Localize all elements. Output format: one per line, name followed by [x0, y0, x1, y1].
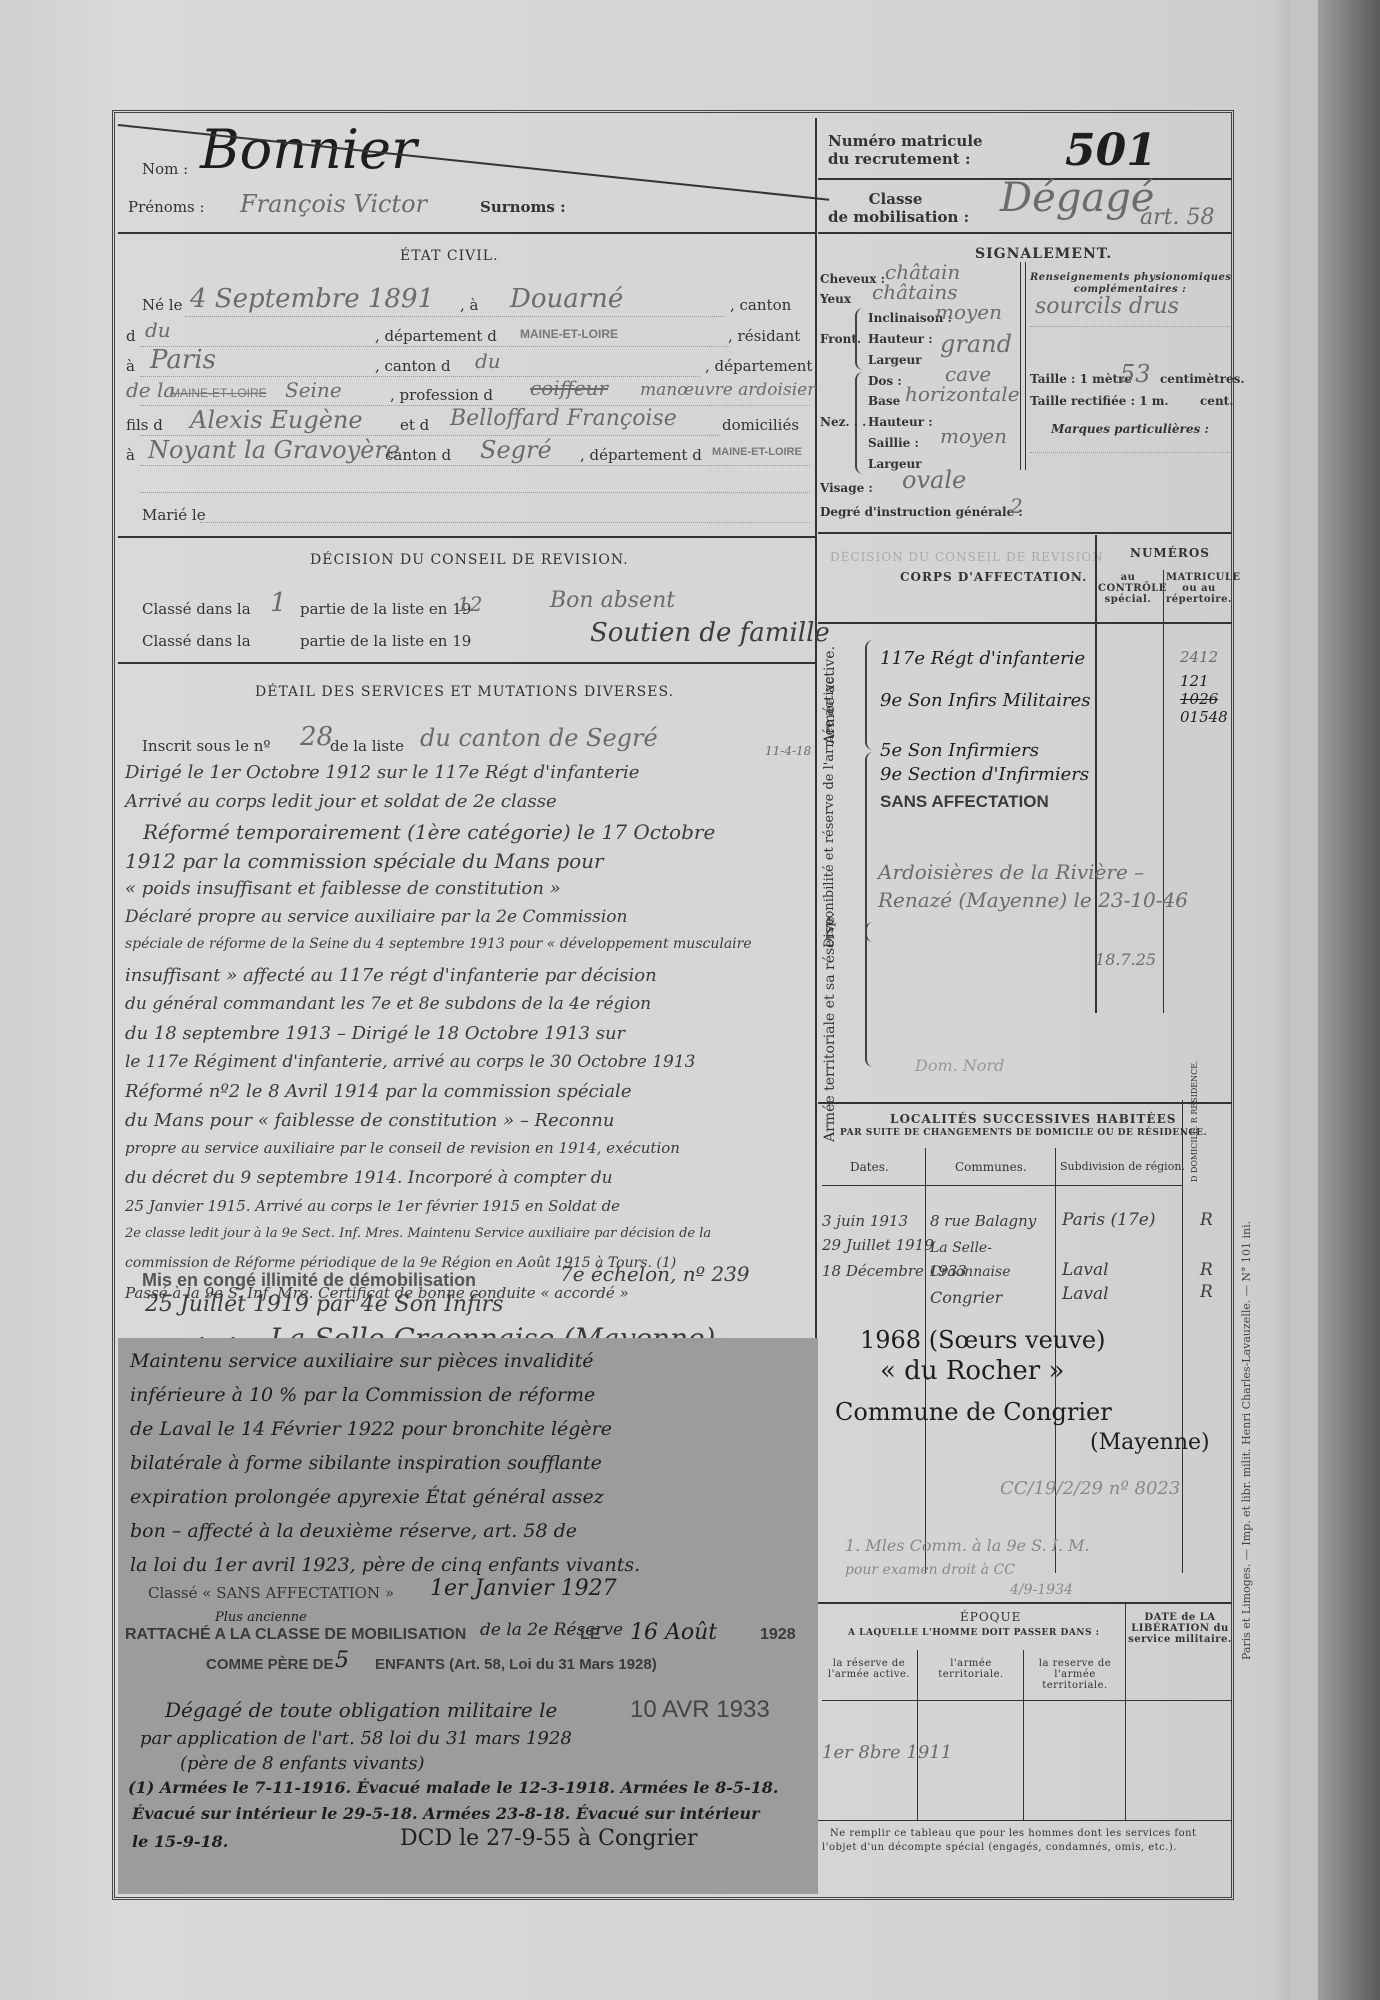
rattache-stamp: RATTACHÉ A LA CLASSE DE MOBILISATION — [125, 1626, 466, 1644]
inscrit-value: 28 — [300, 722, 333, 752]
page-edge — [1290, 0, 1318, 2000]
renseignements-value: sourcils drus — [1035, 294, 1179, 319]
service-line: Déclaré propre au service auxiliaire par… — [125, 907, 815, 936]
canton-d2-value: Segré — [480, 436, 552, 464]
nez-label: Nez. . . — [820, 415, 866, 429]
rattache-date: 16 Août — [630, 1620, 717, 1645]
saillie-label: Saillie : — [868, 436, 919, 450]
localites-subtitle: PAR SUITE DE CHANGEMENTS DE DOMICILE OU … — [840, 1128, 1207, 1138]
canton-d-label: , canton d — [375, 357, 451, 375]
service-line: du Mans pour « faiblesse de constitution… — [125, 1110, 815, 1139]
localite-date-2: 29 Juillet 1919 — [822, 1236, 934, 1254]
degage-line-3: (père de 8 enfants vivants) — [180, 1753, 425, 1774]
ne-le-label: Né le — [142, 296, 182, 314]
classe-note: art. 58 — [1140, 205, 1214, 230]
annex-line: de Laval le 14 Février 1922 pour bronchi… — [130, 1418, 810, 1452]
service-line: propre au service auxiliaire par le cons… — [125, 1139, 815, 1168]
canton-d-value: du — [475, 349, 501, 373]
book-edge — [1318, 0, 1380, 2000]
service-line: Réformé nº2 le 8 Avril 1914 par la commi… — [125, 1081, 815, 1110]
localites-divider — [818, 1602, 1232, 1604]
service-line: Arrivé au corps ledit jour et soldat de … — [125, 791, 815, 820]
departement2-prefix: de la — [126, 378, 175, 402]
largeur-label: Largeur — [868, 353, 922, 367]
disponibilite-note: Ardoisières de la Rivière – Renazé (Maye… — [878, 858, 1208, 914]
service-line: le 117e Régiment d'infanterie, arrivé au… — [125, 1052, 815, 1081]
du-prefix: d — [126, 327, 136, 345]
matricule-label-1: Numéro matricule — [828, 132, 963, 150]
service-line: « poids insuffisant et faiblesse de cons… — [125, 878, 815, 907]
taille-unit: centimètres. — [1160, 372, 1245, 386]
domicile-value: Noyant la Gravoyère — [148, 436, 400, 464]
service-line: du général commandant les 7e et 8e subdo… — [125, 994, 815, 1023]
localite-subdivision-1: Paris (17e) — [1062, 1210, 1155, 1230]
service-line: 25 Janvier 1915. Arrivé au corps le 1er … — [125, 1197, 815, 1226]
a-value: Douarné — [510, 284, 623, 314]
departement3-stamp: MAINE-ET-LOIRE — [712, 446, 802, 458]
classe-divider — [818, 232, 1232, 234]
classe-value: Dégagé — [1000, 175, 1154, 221]
service-line: du 18 septembre 1913 – Dirigé le 18 Octo… — [125, 1023, 815, 1052]
ne-le-value: 4 Septembre 1891 — [190, 284, 434, 314]
a-label: , à — [460, 296, 478, 314]
dos-label: Dos : — [868, 374, 902, 388]
du-value: du — [145, 318, 171, 342]
epoque-subtitle: A LAQUELLE L'HOMME DOIT PASSER DANS : — [848, 1628, 1100, 1638]
epoque-divider — [818, 1820, 1232, 1821]
localites-header-divider — [822, 1185, 1182, 1186]
row1-value-b: 12 — [457, 592, 482, 616]
visage-label: Visage : — [820, 481, 873, 495]
disponibilite-row-2: 9e Section d'Infirmiers — [880, 764, 1089, 785]
dcd-line: DCD le 27-9-55 à Congrier — [400, 1826, 698, 1851]
corps-faded-title: DÉCISION DU CONSEIL DE REVISION — [830, 550, 1104, 564]
degage-line-2: par application de l'art. 58 loi du 31 m… — [140, 1728, 572, 1749]
armee-active-brace — [865, 640, 875, 750]
numero-2: 121 — [1180, 672, 1209, 690]
armees-line-1: (1) Armées le 7-11-1916. Évacué malade l… — [128, 1778, 779, 1797]
footnote-1: Ne remplir ce tableau que pour les homme… — [830, 1828, 1197, 1839]
matricule-value: 501 — [1065, 125, 1157, 176]
corps-divider — [818, 1102, 1232, 1104]
numeros-title: NUMÉROS — [1130, 546, 1210, 560]
sans-affectation: SANS AFFECTATION — [880, 792, 1049, 812]
col-dates: Dates. — [850, 1160, 889, 1174]
prenoms-value: François Victor — [240, 190, 427, 218]
service-line: Dirigé le 1er Octobre 1912 sur le 117e R… — [125, 762, 815, 791]
pere-stamp-a: COMME PÈRE DE — [206, 1656, 334, 1673]
localite-commune-1: 8 rue Balagny — [930, 1212, 1036, 1230]
classe-label-2: de mobilisation : — [828, 208, 963, 226]
dotted-line — [140, 465, 810, 466]
services-title: DÉTAIL DES SERVICES ET MUTATIONS DIVERSE… — [255, 684, 674, 700]
row1-value-a: 1 — [270, 588, 287, 618]
signalement-inner-divider — [1020, 262, 1026, 470]
row1-note: Bon absent — [550, 588, 675, 613]
pere-value: 5 — [335, 1648, 349, 1673]
footnote-2: l'objet d'un décompte spécial (engagés, … — [822, 1842, 1177, 1853]
dotted-line — [200, 522, 810, 523]
dotted-line — [1030, 452, 1230, 453]
localite-subdivision-3: Laval — [1062, 1284, 1109, 1304]
localite-dr-3: R — [1200, 1282, 1213, 1302]
col-date: DATE de LA LIBÉRATION du service militai… — [1128, 1612, 1232, 1645]
armees-line-2: Évacué sur intérieur le 29-5-18. Armées … — [132, 1804, 760, 1823]
departement-stamp: MAINE-ET-LOIRE — [520, 327, 618, 341]
instruction-label: Degré d'instruction générale : — [820, 505, 1023, 519]
marie-label: Marié le — [142, 506, 206, 524]
annex-line: inférieure à 10 % par la Commission de r… — [130, 1384, 810, 1418]
a2-label: à — [126, 446, 135, 464]
epoque-date-divider — [1125, 1604, 1126, 1820]
localite-subdivision-2: Laval — [1062, 1260, 1109, 1280]
rattache-value: de la 2e Réserve — [480, 1620, 623, 1640]
register-page: Nom : Bonnier Prénoms : François Victor … — [0, 0, 1380, 2000]
annex-line: bilatérale à forme sibilante inspiration… — [130, 1452, 810, 1486]
col-communes: Communes. — [955, 1160, 1027, 1174]
col-controle: au CONTRÔLE spécial. — [1098, 572, 1158, 605]
address-4: (Mayenne) — [1090, 1430, 1210, 1455]
numeros-divider — [1095, 535, 1097, 1013]
conge-stamp: Mis en congé illimité de démobilisation — [142, 1270, 476, 1291]
nez-hauteur-label: Hauteur : — [868, 415, 933, 429]
nom-label: Nom : — [142, 160, 188, 178]
etat-civil-divider — [118, 536, 815, 538]
conge-date: 25 Juillet 1919 par 4e Son Infirs — [145, 1292, 503, 1317]
col-3: la reserve de l'armée territoriale. — [1026, 1658, 1124, 1691]
services-lines: Dirigé le 1er Octobre 1912 sur le 117e R… — [125, 762, 815, 1313]
disponibilite-brace — [865, 752, 875, 942]
numero-4: 01548 — [1180, 708, 1228, 726]
pere-stamp-b: ENFANTS (Art. 58, Loi du 31 Mars 1928) — [375, 1656, 657, 1673]
epoque-header-divider — [822, 1700, 1232, 1701]
numero-3: 1026 — [1180, 690, 1218, 708]
front-brace — [855, 308, 865, 370]
prenoms-label: Prénoms : — [128, 198, 205, 216]
localite-commune-3: Congrier — [930, 1288, 1002, 1307]
service-line: Réformé temporairement (1ère catégorie) … — [125, 820, 815, 849]
profession-struck: coiffeur — [530, 376, 608, 400]
marques-label: Marques particulières : — [1030, 422, 1230, 436]
matricule-label-2: du recrutement : — [828, 150, 963, 168]
taille-rectifiee-unit: cent. — [1200, 394, 1233, 408]
epoque-title: ÉPOQUE — [960, 1610, 1021, 1624]
profession-label: , profession d — [390, 386, 493, 404]
col-subdivision: Subdivision de région. — [1060, 1160, 1185, 1173]
row1-label-a: Classé dans la — [142, 600, 251, 618]
col-1: la réserve de l'armée active. — [822, 1658, 916, 1680]
localite-date-1: 3 juin 1913 — [822, 1212, 908, 1230]
dotted-line — [140, 346, 730, 347]
domicilies-label: domiciliés — [722, 416, 799, 434]
departement2-value: Seine — [285, 378, 342, 402]
annex-line: bon – affecté à la deuxième réserve, art… — [130, 1520, 810, 1554]
classe-stamp: Classé « SANS AFFECTATION » — [148, 1584, 394, 1602]
localite-dr-1: R — [1200, 1210, 1213, 1230]
taille-label: Taille : 1 mètre — [1030, 372, 1132, 386]
nom-value: Bonnier — [200, 118, 417, 181]
dotted-line — [1030, 326, 1230, 327]
service-line: insuffisant » affecté au 117e régt d'inf… — [125, 965, 815, 994]
localite-date-3: 18 Décembre 1933 — [822, 1262, 967, 1280]
dotted-line — [140, 376, 700, 377]
signalement-divider — [818, 532, 1232, 534]
service-line: du décret du 9 septembre 1914. Incorporé… — [125, 1168, 815, 1197]
visage-value: ovale — [902, 466, 966, 494]
canton-label: , canton — [730, 296, 791, 314]
armee-active-row-2: 9e Son Infirs Militaires — [880, 690, 1091, 711]
printer-credit: Paris et Limoges. — Imp. et libr. milit.… — [1240, 1100, 1253, 1660]
epoque-col-2 — [1023, 1650, 1024, 1820]
liste-label: de la liste — [330, 737, 404, 755]
inclinaison-value: moyen — [935, 300, 1002, 324]
degage-stamp: 10 AVR 1933 — [630, 1696, 770, 1724]
dotted-line — [185, 316, 725, 317]
address-3: Commune de Congrier — [835, 1398, 1112, 1426]
et-label: et d — [400, 416, 429, 434]
service-line: spéciale de réforme de la Seine du 4 sep… — [125, 936, 815, 965]
conseil-title: DÉCISION DU CONSEIL DE REVISION. — [310, 552, 629, 568]
a-prefix: à — [126, 357, 135, 375]
service-line: 1912 par la commission spéciale du Mans … — [125, 849, 815, 878]
armee-active-row-1: 117e Régt d'infanterie — [880, 648, 1085, 669]
residant-label: , résidant — [728, 327, 800, 345]
territoriale-numero: 18.7.25 — [1095, 950, 1156, 969]
address-1: 1968 (Sœurs veuve) — [860, 1326, 1105, 1354]
departement2-stamp: MAINE-ET-LOIRE — [170, 386, 267, 400]
col-2: l'armée territoriale. — [920, 1658, 1022, 1680]
pere-value: Alexis Eugène — [190, 406, 363, 434]
taille-rectifiee-label: Taille rectifiée : 1 m. — [1030, 394, 1169, 408]
signalement-title: SIGNALEMENT. — [975, 246, 1112, 262]
misc-note-3: 4/9-1934 — [1010, 1582, 1073, 1598]
annex-line: expiration prolongée apyrexie État génér… — [130, 1486, 810, 1520]
conseil-divider — [118, 662, 815, 664]
degage-line-1: Dégagé de toute obligation militaire le — [165, 1698, 557, 1722]
numero-1: 2412 — [1180, 648, 1218, 666]
departement3-label: , département d — [580, 446, 702, 464]
territoriale-label: Armée territoriale et sa réserve. — [822, 952, 838, 1142]
territoriale-brace — [865, 922, 875, 1067]
misc-note-1: 1. Mles Comm. à la 9e S. I. M. — [845, 1536, 1090, 1555]
canton-d2-label: canton d — [385, 446, 451, 464]
classe-label-1: Classe — [828, 190, 963, 208]
yeux-label: Yeux — [820, 292, 851, 306]
residant-value: Paris — [150, 345, 216, 375]
base-value: horizontale — [905, 382, 1020, 406]
classe-date: 1er Janvier 1927 — [430, 1576, 617, 1601]
localite-dr-2: R — [1200, 1260, 1213, 1280]
col-dr: D DOMICILE. R RÉSIDENCE. — [1190, 1112, 1199, 1182]
col-matricule: MATRICULE ou au répertoire. — [1166, 572, 1232, 605]
row2-label-b: partie de la liste en 19 — [300, 632, 471, 650]
instruction-value: 2 — [1010, 494, 1023, 518]
header-divider — [118, 232, 815, 234]
address-2: « du Rocher » — [880, 1356, 1064, 1386]
armees-line-3: le 15-9-18. — [132, 1832, 228, 1851]
renseignements-label-1: Renseignements physionomiques — [1030, 272, 1230, 283]
base-label: Base — [868, 394, 900, 408]
localites-title: LOCALITÉS SUCCESSIVES HABITÉES — [890, 1112, 1176, 1126]
inscrit-label: Inscrit sous le nº — [142, 737, 270, 755]
departement2-label: , département — [705, 357, 812, 375]
service-line: 2e classe ledit jour à la 9e Sect. Inf. … — [125, 1226, 815, 1255]
corps-header-divider — [818, 622, 1232, 624]
conge-echelon: 7e échelon, nº 239 — [560, 1262, 750, 1286]
departement-label: , département d — [375, 327, 497, 345]
row2-note: Soutien de famille — [590, 618, 830, 648]
numeros-inner-divider — [1163, 570, 1164, 1013]
taille-value: 53 — [1120, 360, 1151, 388]
liste-value: du canton de Segré — [420, 724, 658, 752]
fils-label: fils d — [126, 416, 163, 434]
territoriale-note: Dom. Nord — [915, 1056, 1004, 1075]
rattache-year: 1928 — [760, 1626, 796, 1644]
etat-civil-title: ÉTAT CIVIL. — [400, 248, 499, 264]
profession-value: manœuvre ardoisier — [640, 380, 815, 400]
front-value: grand — [940, 330, 1012, 358]
mere-value: Belloffard Françoise — [450, 406, 677, 431]
rattache-note: Plus ancienne — [215, 1610, 307, 1625]
annex-line: Maintenu service auxiliaire sur pièces i… — [130, 1350, 810, 1384]
misc-note-2: pour examen droit à CC — [845, 1562, 1015, 1578]
epoque-col-1 — [917, 1650, 918, 1820]
saillie-value: moyen — [940, 424, 1007, 448]
corps-title: CORPS D'AFFECTATION. — [900, 570, 1087, 584]
rattache-le: LE — [580, 1626, 600, 1644]
surnoms-label: Surnoms : — [480, 198, 566, 216]
annex-lines: Maintenu service auxiliaire sur pièces i… — [130, 1350, 810, 1588]
hauteur-label: Hauteur : — [868, 332, 933, 346]
row1-label-b: partie de la liste en 19 — [300, 600, 471, 618]
row2-label-a: Classé dans la — [142, 632, 251, 650]
epoque-value-1: 1er 8bre 1911 — [822, 1742, 952, 1763]
dotted-line — [140, 492, 810, 493]
cc-note: CC/19/2/29 nº 8023 — [1000, 1478, 1180, 1499]
disponibilite-row-1: 5e Son Infirmiers — [880, 740, 1039, 761]
margin-note: 11-4-18 — [765, 744, 811, 758]
